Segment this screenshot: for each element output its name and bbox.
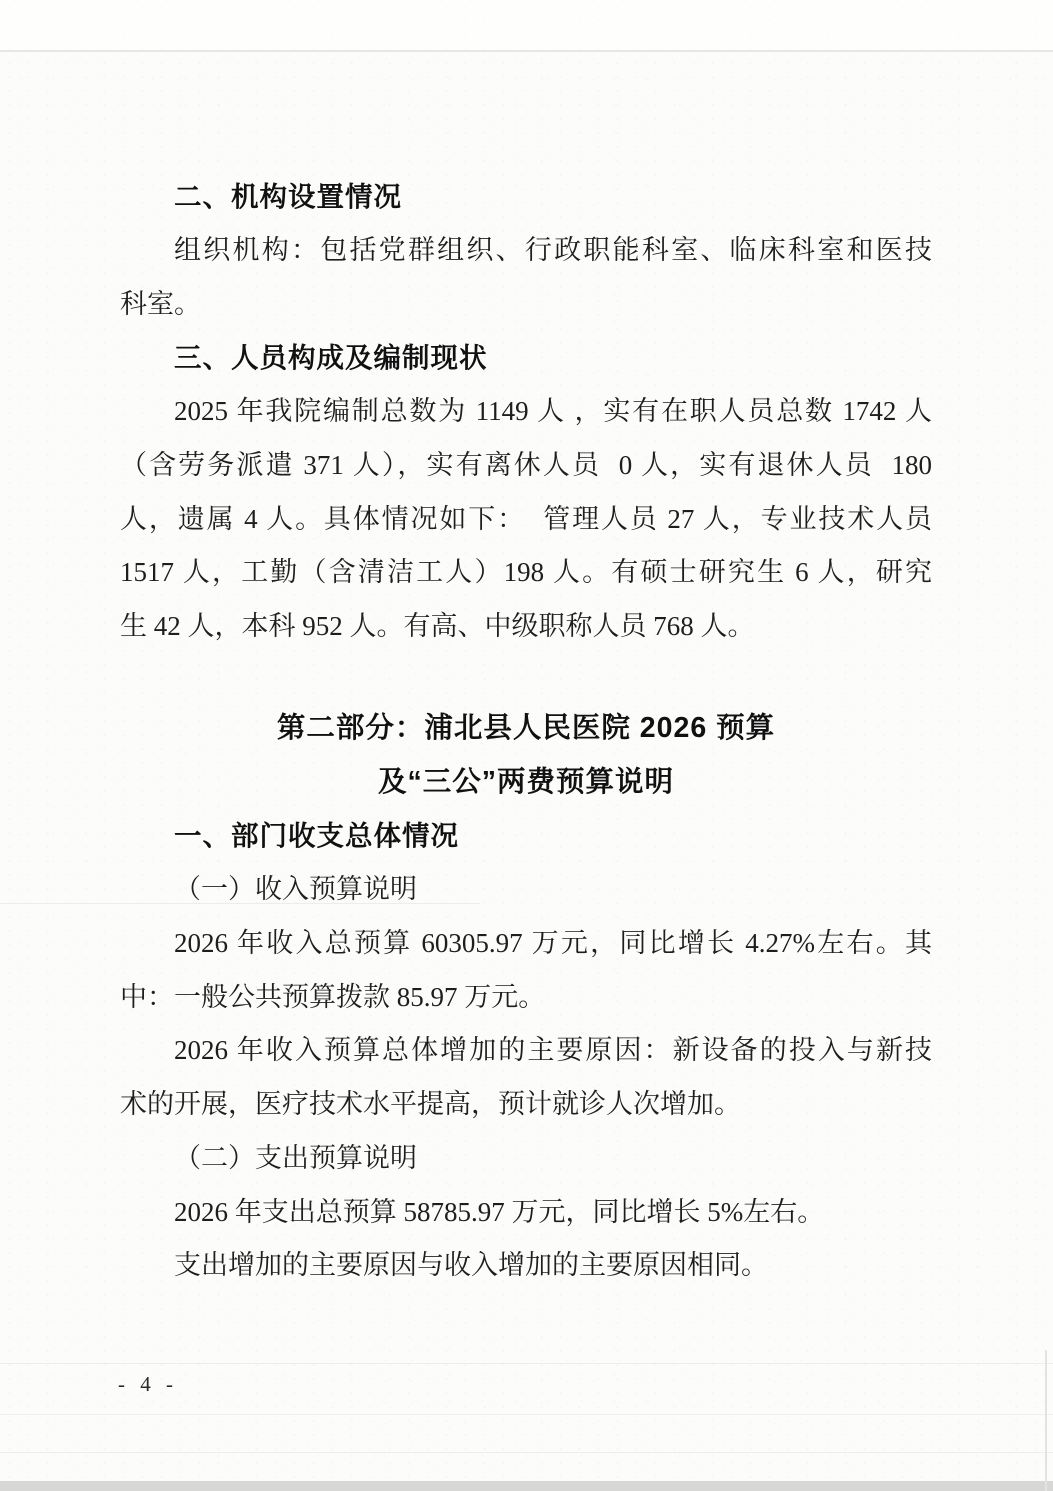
page-number: - 4 -: [118, 1372, 178, 1397]
text-line: 2026 年收入总预算 60305.97 万元，同比增长 4.27%左右。其: [120, 917, 932, 971]
section-heading: 一、部门收支总体情况: [120, 809, 932, 863]
text-line: （二）支出预算说明: [120, 1132, 932, 1186]
text-line: 生 42 人，本科 952 人。有高、中级职称人员 768 人。: [120, 600, 932, 654]
scan-artifact-line: [0, 1414, 1053, 1415]
part-title: 及“三公”两费预算说明: [120, 756, 932, 810]
text-line: 2026 年支出总预算 58785.97 万元，同比增长 5%左右。: [120, 1186, 932, 1240]
scan-artifact-edge-line: [1045, 1350, 1047, 1491]
text-line: 支出增加的主要原因与收入增加的主要原因相同。: [120, 1239, 932, 1293]
scan-artifact-line: [0, 1363, 1053, 1364]
part-title: 第二部分：浦北县人民医院 2026 预算: [120, 702, 932, 756]
text-line: 科室。: [120, 278, 932, 332]
text-line: 2026 年收入预算总体增加的主要原因：新设备的投入与新技: [120, 1024, 932, 1078]
scan-artifact-line: [0, 1452, 1053, 1453]
text-line: 1517 人，工勤（含清洁工人）198 人。有硕士研究生 6 人，研究: [120, 546, 932, 600]
section-heading: 三、人员构成及编制现状: [120, 331, 932, 385]
text-line: 人，遗属 4 人。具体情况如下： 管理人员 27 人，专业技术人员: [120, 493, 932, 547]
text-line: 组织机构：包括党群组织、行政职能科室、临床科室和医技: [120, 224, 932, 278]
text-line: 中：一般公共预算拨款 85.97 万元。: [120, 971, 932, 1025]
text-line: 术的开展，医疗技术水平提高，预计就诊人次增加。: [120, 1078, 932, 1132]
scan-artifact-bottom-band: [0, 1481, 1053, 1491]
text-line: 2025 年我院编制总数为 1149 人 ，实有在职人员总数 1742 人: [120, 385, 932, 439]
section-heading: 二、机构设置情况: [120, 170, 932, 224]
document-page: 二、机构设置情况组织机构：包括党群组织、行政职能科室、临床科室和医技科室。三、人…: [0, 0, 1053, 1491]
text-line: （含劳务派遣 371 人），实有离休人员 0 人，实有退休人员 180: [120, 439, 932, 493]
scan-artifact-top-strip: [0, 0, 1053, 52]
text-line: （一）收入预算说明: [120, 863, 932, 917]
document-content: 二、机构设置情况组织机构：包括党群组织、行政职能科室、临床科室和医技科室。三、人…: [120, 170, 932, 1293]
